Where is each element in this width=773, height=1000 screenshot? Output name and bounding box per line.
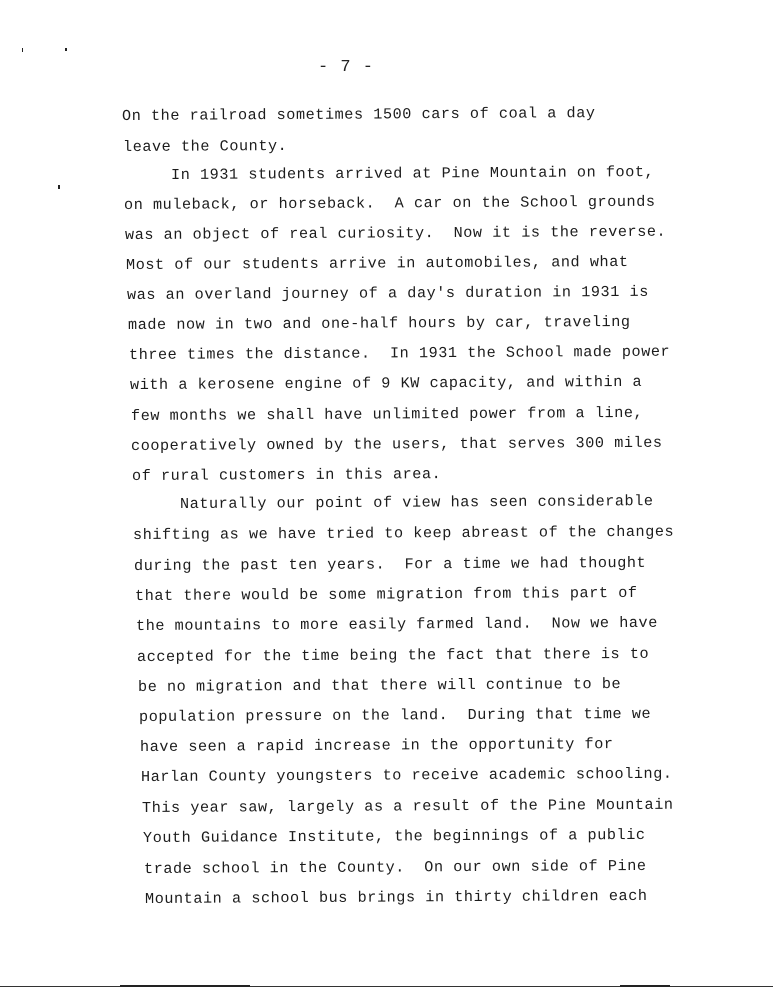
text-line: made now in two and one-half hours by ca… — [128, 313, 631, 334]
text-line: be no migration and that there will cont… — [138, 675, 621, 696]
text-line: Mountain a school bus brings in thirty c… — [145, 887, 648, 908]
scan-speck — [22, 48, 23, 52]
text-line: on muleback, or horseback. A car on the … — [124, 193, 656, 214]
scan-edge-mark — [620, 985, 670, 987]
document-page: - 7 - On the railroad sometimes 1500 car… — [0, 0, 773, 1000]
text-line: few months we shall have unlimited power… — [131, 404, 643, 425]
text-line: cooperatively owned by the users, that s… — [131, 434, 663, 455]
text-line: three times the distance. In 1931 the Sc… — [129, 343, 670, 364]
text-line: Youth Guidance Institute, the beginnings… — [143, 826, 646, 847]
paragraph-start-line: In 1931 students arrived at Pine Mountai… — [171, 163, 654, 184]
scan-speck — [58, 185, 60, 189]
paragraph-start-line: Naturally our point of view has seen con… — [180, 492, 654, 513]
text-line: On the railroad sometimes 1500 cars of c… — [122, 104, 596, 125]
text-line: with a kerosene engine of 9 KW capacity,… — [130, 373, 642, 394]
text-line: shifting as we have tried to keep abreas… — [133, 523, 674, 544]
text-line: the mountains to more easily farmed land… — [136, 614, 658, 635]
text-line: trade school in the County. On our own s… — [144, 857, 647, 878]
text-line: accepted for the time being the fact tha… — [137, 645, 649, 666]
text-line: leave the County. — [123, 137, 287, 156]
text-line: Harlan County youngsters to receive acad… — [141, 765, 673, 786]
text-line: population pressure on the land. During … — [139, 705, 651, 726]
text-line: Most of our students arrive in automobil… — [126, 253, 629, 274]
text-line: of rural customers in this area. — [132, 465, 441, 485]
scan-edge-mark — [120, 985, 250, 987]
text-line: was an overland journey of a day's durat… — [127, 283, 649, 304]
text-line: was an object of real curiosity. Now it … — [125, 223, 666, 244]
text-line: This year saw, largely as a result of th… — [142, 796, 674, 817]
text-line: that there would be some migration from … — [135, 584, 638, 605]
text-line: have seen a rapid increase in the opport… — [140, 735, 614, 756]
text-line: during the past ten years. For a time we… — [134, 554, 646, 575]
page-number: - 7 - — [318, 58, 374, 77]
scan-speck — [65, 48, 67, 51]
